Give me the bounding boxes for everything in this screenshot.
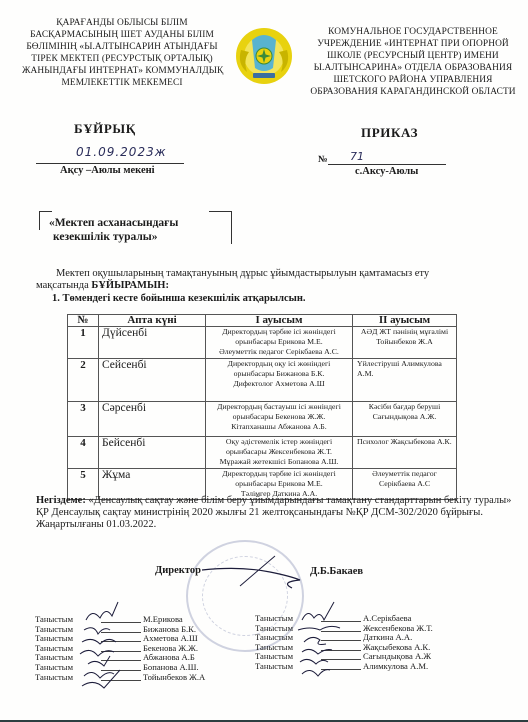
row-shift2: Психолог Жақсыбекова А.К. xyxy=(353,437,457,469)
col-header-shift1: І ауысым xyxy=(206,315,353,327)
row-shift2: Кәсіби бағдар беруші Сағындықова А.Ж. xyxy=(353,402,457,437)
shift-line: Оқу әдістемелік істер жөніндегі xyxy=(209,437,349,447)
preamble-line: мақсатында xyxy=(36,280,91,291)
subject-line: «Мектеп асханасындағы xyxy=(49,216,178,230)
shift-line: Үйлестіруші Алимкулова А.М. xyxy=(357,359,453,379)
header-ru-line: КОМУНАЛЬНОЕ ГОСУДАРСТВЕННОЕ xyxy=(308,26,518,38)
order-subject: «Мектеп асханасындағы кезекшілік туралы» xyxy=(39,211,232,245)
ack-name: Тойынбеков Ж.А xyxy=(143,673,205,683)
row-number: 1 xyxy=(68,327,99,359)
shift-line: АӘД ЖТ пәнінің мұғалімі xyxy=(356,327,453,337)
place-kazakh: Ақсу –Аюлы мекені xyxy=(60,165,155,176)
shift-line: орынбасары Ерикова М.Е. xyxy=(209,337,349,347)
shift-line: Әлеуметтік педагог Серікбаева А.С. xyxy=(209,347,349,357)
col-header-day: Апта күні xyxy=(99,315,206,327)
row-shift1: Директордың оқу ісі жөніндегі орынбасары… xyxy=(206,359,353,402)
row-shift2: АӘД ЖТ пәнінің мұғалімі Тойынбеков Ж.А xyxy=(353,327,457,359)
subject-line: кезекшілік туралы» xyxy=(49,230,178,244)
table-row: 3 Сәрсенбі Директордың бастауыш ісі жөні… xyxy=(68,402,457,437)
duty-schedule-table: № Апта күні І ауысым ІІ ауысым 1 Дүйсенб… xyxy=(67,314,457,500)
row-shift1: Директордың бастауыш ісі жөніндегі орынб… xyxy=(206,402,353,437)
header-ru-line: ОБРАЗОВАНИЯ КАРАГАНДИНСКОЙ ОБЛАСТИ xyxy=(308,86,518,98)
director-signature-icon xyxy=(200,550,310,590)
table-row: 2 Сейсенбі Директордың оқу ісі жөніндегі… xyxy=(68,359,457,402)
row-day: Сәрсенбі xyxy=(99,402,206,437)
header-kz-line: БӨЛІМІНІҢ «Ы.АЛТЫНСАРИН АТЫНДАҒЫ xyxy=(22,41,222,53)
row-day: Сейсенбі xyxy=(99,359,206,402)
bracket-right xyxy=(209,211,232,244)
header-ru-line: УЧРЕЖДЕНИЕ «ИНТЕРНАТ ПРИ ОПОРНОЙ xyxy=(308,38,518,50)
row-number: 2 xyxy=(68,359,99,402)
shift-line: Серікбаева А.С xyxy=(356,479,453,489)
date-underline xyxy=(36,163,184,164)
col-header-shift2: ІІ ауысым xyxy=(353,315,457,327)
header-kazakh: ҚАРАҒАНДЫ ОБЛЫСЫ БІЛІМ БАСҚАРМАСЫНЫҢ ШЕТ… xyxy=(22,17,222,89)
header-ru-line: Ы.АЛТЫНСАРИНА» ОТДЕЛА ОБРАЗОВАНИЯ xyxy=(308,62,518,74)
row-shift1: Директордың тәрбие ісі жөніндегі орынбас… xyxy=(206,327,353,359)
order-title-russian: ПРИКАЗ xyxy=(361,125,418,141)
shift-line: орынбасары Жексенбекова Ж.Т. xyxy=(209,447,349,457)
col-header-number: № xyxy=(68,315,99,327)
state-emblem-icon xyxy=(233,26,295,86)
row-number: 4 xyxy=(68,437,99,469)
handwritten-signatures-icon xyxy=(296,600,346,678)
shift-line: Директордың оқу ісі жөніндегі xyxy=(209,359,349,369)
ack-name: Алимкулова А.М. xyxy=(363,662,428,672)
place-russian: с.Аксу-Аюлы xyxy=(355,166,418,177)
row-day: Дүйсенбі xyxy=(99,327,206,359)
order-keyword: БҰЙЫРАМЫН: xyxy=(91,280,169,291)
shift-line: Кәсіби бағдар беруші xyxy=(356,402,453,412)
shift-line: орынбасары Ерикова М.Е. xyxy=(209,479,349,489)
director-name: Д.Б.Бакаев xyxy=(310,566,363,577)
shift-line: Әлеуметтік педагог xyxy=(356,469,453,479)
table-row: 4 Бейсенбі Оқу әдістемелік істер жөнінде… xyxy=(68,437,457,469)
row-day: Бейсенбі xyxy=(99,437,206,469)
order-title-kazakh: БҰЙРЫҚ xyxy=(74,121,136,137)
document-page: ҚАРАҒАНДЫ ОБЛЫСЫ БІЛІМ БАСҚАРМАСЫНЫҢ ШЕТ… xyxy=(0,0,528,722)
preamble-line: Мектеп оқушыларының тамақтануының дұрыс … xyxy=(36,268,496,280)
header-kz-line: ЖАНЫНДАҒЫ ИНТЕРНАТ» КОММУНАЛДЫҚ xyxy=(22,65,222,77)
header-kz-line: ҚАРАҒАНДЫ ОБЛЫСЫ БІЛІМ xyxy=(22,17,222,29)
preamble-paragraph: Мектеп оқушыларының тамақтануының дұрыс … xyxy=(36,268,496,292)
header-ru-line: ШЕТСКОГО РАЙОНА УПРАВЛЕНИЯ xyxy=(308,74,518,86)
basis-text: «Денсаулық сақтау және білім беру ұйымда… xyxy=(36,495,511,530)
number-underline xyxy=(328,164,446,165)
shift-line: орынбасары Бекенова Ж.Ж. xyxy=(209,412,349,422)
order-number-label: № xyxy=(318,155,328,165)
header-kz-line: ТІРЕК МЕКТЕП (РЕСУРСТЫҚ ОРТАЛЫҚ) xyxy=(22,53,222,65)
subject-text: «Мектеп асханасындағы кезекшілік туралы» xyxy=(49,216,178,244)
shift-line: Директордың бастауыш ісі жөніндегі xyxy=(209,402,349,412)
row-shift2: Үйлестіруші Алимкулова А.М. xyxy=(353,359,457,402)
header-russian: КОМУНАЛЬНОЕ ГОСУДАРСТВЕННОЕ УЧРЕЖДЕНИЕ «… xyxy=(308,26,518,98)
shift-line: Сағындықова А.Ж. xyxy=(356,412,453,422)
shift-line: орынбасары Бижанова Б.К. xyxy=(209,369,349,379)
order-item-1: 1. Төмендегі кесте бойынша кезекшілік ат… xyxy=(52,293,306,304)
shift-line: Мұражай жетекшісі Бопанова А.Ш. xyxy=(209,457,349,467)
basis-paragraph: Негіздеме: «Денсаулық сақтау және білім … xyxy=(36,495,514,532)
shift-line: Дифектолог Ахметова А.Ш xyxy=(209,379,349,389)
shift-line: Тойынбеков Ж.А xyxy=(356,337,453,347)
shift-line: Директордың тәрбие ісі жөніндегі xyxy=(209,469,349,479)
table-row: 1 Дүйсенбі Директордың тәрбие ісі жөнінд… xyxy=(68,327,457,359)
row-number: 3 xyxy=(68,402,99,437)
basis-label: Негіздеме: xyxy=(36,495,86,506)
handwritten-signatures-icon xyxy=(78,600,128,690)
order-number: 71 xyxy=(350,150,364,163)
shift-line: Психолог Жақсыбекова А.К. xyxy=(357,437,453,447)
header-kz-line: МЕМЛЕКЕТТІК МЕКЕМЕСІ xyxy=(22,77,222,89)
order-date: 01.09.2023ж xyxy=(76,145,167,159)
row-shift1: Оқу әдістемелік істер жөніндегі орынбаса… xyxy=(206,437,353,469)
header-ru-line: ШКОЛЕ (РЕСУРСНЫЙ ЦЕНТР) ИМЕНИ xyxy=(308,50,518,62)
shift-line: Директордың тәрбие ісі жөніндегі xyxy=(209,327,349,337)
header-kz-line: БАСҚАРМАСЫНЫҢ ШЕТ АУДАНЫ БІЛІМ xyxy=(22,29,222,41)
director-label: Директор xyxy=(155,565,201,576)
shift-line: Кітапханашы Абжанова А.Б. xyxy=(209,422,349,432)
